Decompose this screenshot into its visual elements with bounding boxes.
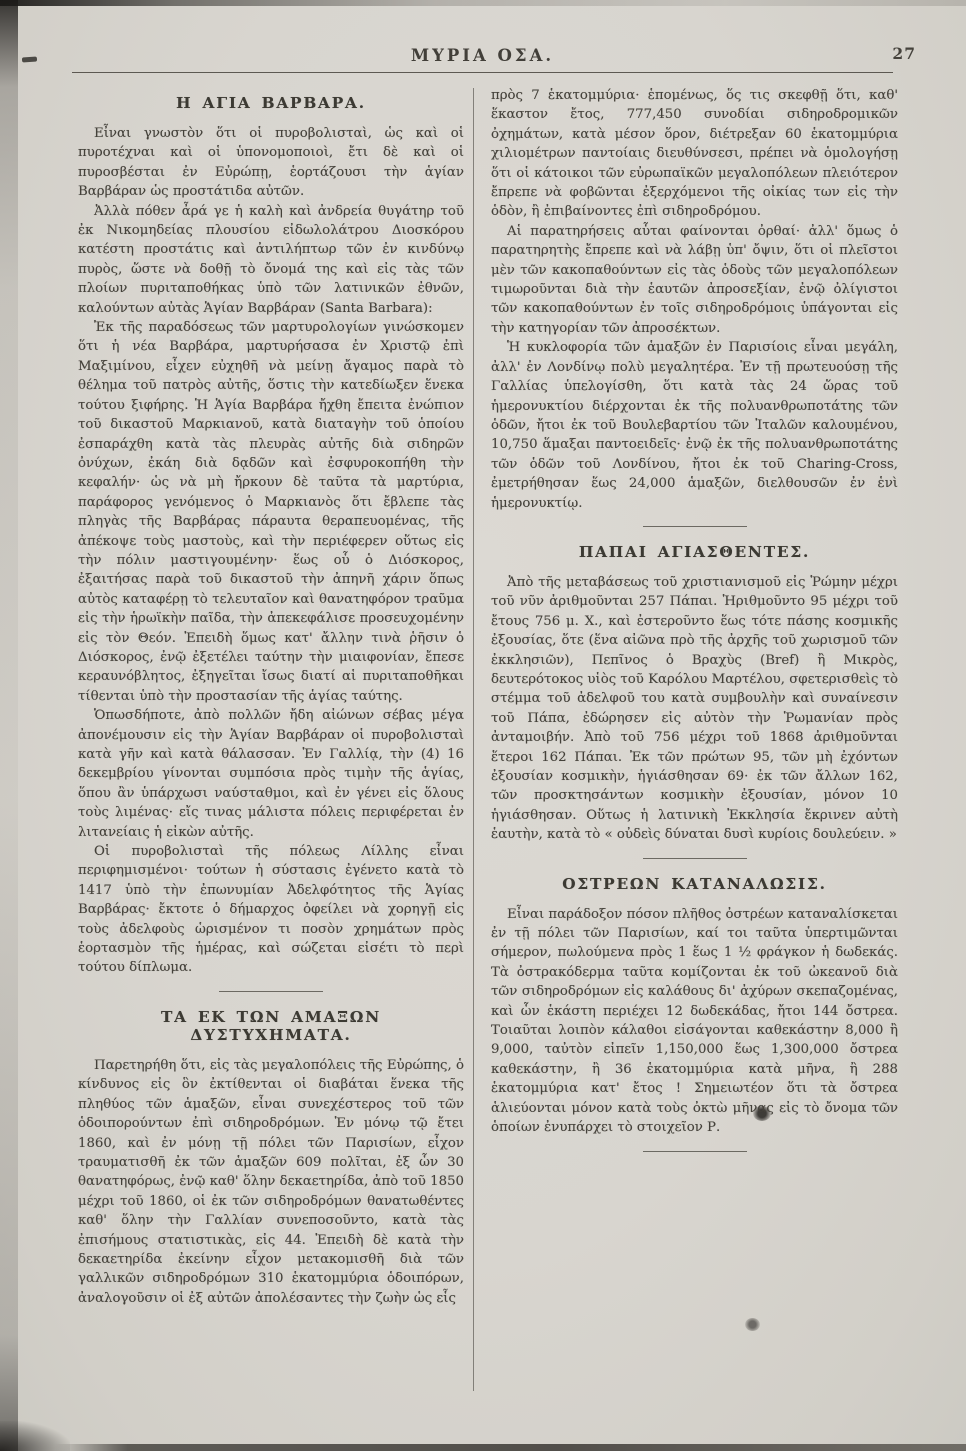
article-title-agia-varvara: Η ΑΓΙΑ ΒΑΡΒΑΡΑ. xyxy=(78,94,464,112)
scan-edge-top xyxy=(0,0,966,6)
paragraph: Αἱ παρατηρήσεις αὗται φαίνονται ὀρθαί· ἀ… xyxy=(491,222,898,338)
right-column: πρὸς 7 ἑκατομμύρια· ἑπομένως, ὅς τις σκε… xyxy=(491,86,898,1168)
paragraph: Παρετηρήθη ὅτι, εἰς τὰς μεγαλοπόλεις τῆς… xyxy=(78,1056,464,1308)
paragraph: Ἀλλὰ πόθεν ἆρά γε ἡ καλὴ καὶ ἀνδρεία θυγ… xyxy=(78,202,464,318)
section-separator xyxy=(643,858,747,859)
page-number: 27 xyxy=(892,44,916,63)
section-separator xyxy=(219,991,323,992)
article-title-ostreon-katanalosis: ΟΣΤΡΕΩΝ ΚΑΤΑΝΑΛΩΣΙΣ. xyxy=(491,875,898,893)
section-separator xyxy=(643,1151,747,1152)
left-column: Η ΑΓΙΑ ΒΑΡΒΑΡΑ. Εἶναι γνωστὸν ὅτι οἱ πυρ… xyxy=(78,94,464,1308)
journal-title: ΜΥΡΙΑ ΟΣΑ. xyxy=(72,46,893,65)
scan-edge-left xyxy=(0,0,18,1451)
header-rule xyxy=(72,72,893,73)
article-title-papai-agiasthentes: ΠΑΠΑΙ ΑΓΙΑΣΘΕΝΤΕΣ. xyxy=(491,543,898,561)
paragraph: Εἶναι γνωστὸν ὅτι οἱ πυροβολισταὶ, ὡς κα… xyxy=(78,124,464,202)
scan-corner-bottom-left xyxy=(0,1421,70,1451)
ink-blot xyxy=(745,1318,760,1331)
column-divider xyxy=(473,88,474,1391)
paragraph: Ἀπὸ τῆς μεταβάσεως τοῦ χριστιανισμοῦ εἰς… xyxy=(491,573,898,845)
paragraph: Οἱ πυροβολισταὶ τῆς πόλεως Λίλλης εἶναι … xyxy=(78,842,464,978)
scan-edge-bottom xyxy=(55,1444,966,1451)
article-title-amaxon-dystychimata: ΤΑ ΕΚ ΤΩΝ ΑΜΑΞΩΝ ΔΥΣΤΥΧΗΜΑΤΑ. xyxy=(78,1008,464,1044)
paragraph-continuation: πρὸς 7 ἑκατομμύρια· ἑπομένως, ὅς τις σκε… xyxy=(491,86,898,222)
paragraph: Ἐκ τῆς παραδόσεως τῶν μαρτυρολογίων γινώ… xyxy=(78,318,464,706)
scanned-page: ΜΥΡΙΑ ΟΣΑ. 27 Η ΑΓΙΑ ΒΑΡΒΑΡΑ. Εἶναι γνωσ… xyxy=(0,0,966,1451)
section-separator xyxy=(643,526,747,527)
scan-speck-mark xyxy=(22,56,37,62)
paragraph: Ὁπωσδήποτε, ἀπὸ πολλῶν ἤδη αἰώνων σέβας … xyxy=(78,706,464,842)
paragraph: Ἡ κυκλοφορία τῶν ἁμαξῶν ἐν Παρισίοις εἶν… xyxy=(491,338,898,513)
paragraph: Εἶναι παράδοξον πόσον πλῆθος ὀστρέων κατ… xyxy=(491,905,898,1138)
